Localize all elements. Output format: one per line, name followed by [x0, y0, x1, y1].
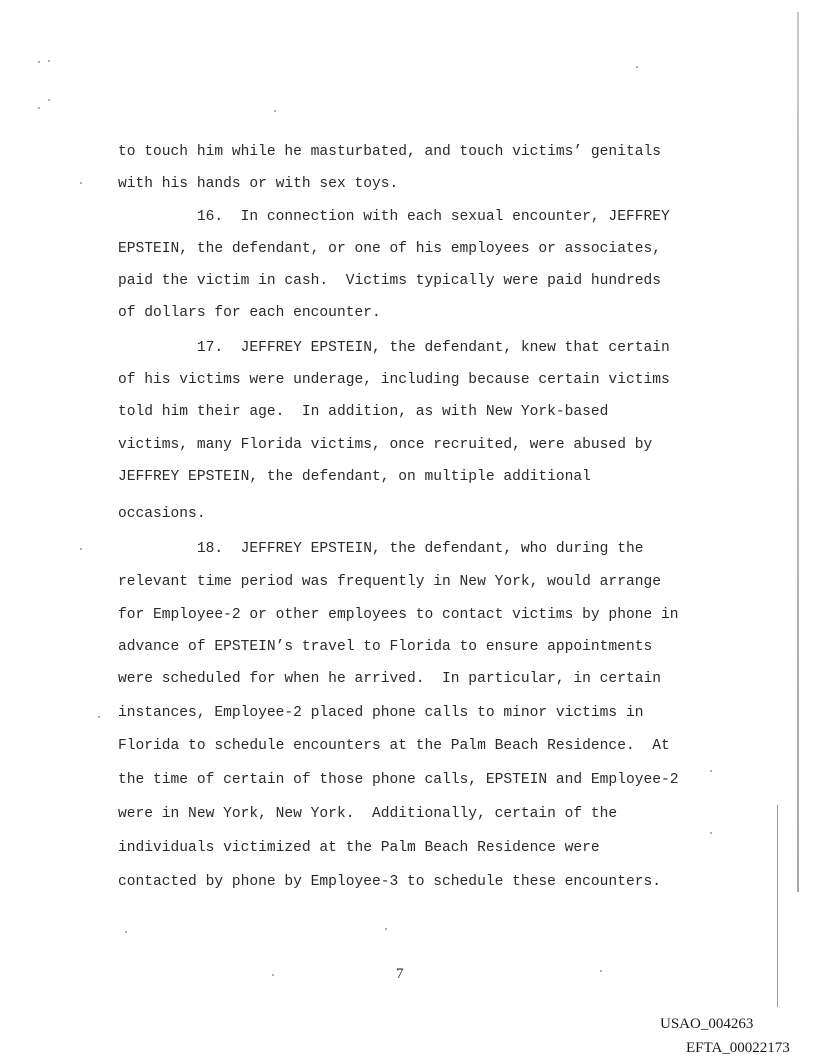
scan-speck [80, 182, 82, 184]
paragraph-18-start: 18. JEFFREY EPSTEIN, the defendant, who … [118, 542, 643, 557]
scan-speck [710, 832, 712, 834]
text-line: instances, Employee-2 placed phone calls… [118, 706, 643, 721]
text-line: JEFFREY EPSTEIN, the defendant, on multi… [118, 470, 591, 485]
page-number: 7 [396, 966, 404, 983]
scan-speck [80, 548, 82, 550]
scan-speck [385, 928, 387, 930]
text-line: contacted by phone by Employee-3 to sche… [118, 875, 661, 890]
scan-speck [272, 974, 274, 976]
text-line: relevant time period was frequently in N… [118, 575, 661, 590]
text-line: victims, many Florida victims, once recr… [118, 438, 652, 453]
scan-speck [125, 931, 127, 933]
scan-edge-line [797, 12, 799, 892]
text-line: for Employee-2 or other employees to con… [118, 608, 679, 623]
paragraph-17-start: 17. JEFFREY EPSTEIN, the defendant, knew… [118, 341, 670, 356]
text-line: were in New York, New York. Additionally… [118, 807, 617, 822]
scan-speck [38, 107, 40, 109]
text-line: EPSTEIN, the defendant, or one of his em… [118, 242, 661, 257]
scan-edge-line-short [777, 805, 778, 1007]
text-line: with his hands or with sex toys. [118, 177, 398, 192]
document-page: to touch him while he masturbated, and t… [0, 0, 817, 1056]
text-line: were scheduled for when he arrived. In p… [118, 672, 661, 687]
bates-stamp-efta: EFTA_00022173 [686, 1040, 790, 1056]
scan-speck [38, 61, 40, 63]
text-line: to touch him while he masturbated, and t… [118, 145, 661, 160]
text-line: advance of EPSTEIN’s travel to Florida t… [118, 640, 652, 655]
scan-speck [274, 110, 276, 112]
scan-speck [48, 99, 50, 101]
scan-speck [98, 716, 100, 718]
text-line: individuals victimized at the Palm Beach… [118, 841, 600, 856]
text-line: paid the victim in cash. Victims typical… [118, 274, 661, 289]
text-line: the time of certain of those phone calls… [118, 773, 679, 788]
bates-stamp-usao: USAO_004263 [660, 1016, 753, 1033]
text-line: occasions. [118, 507, 206, 522]
scan-speck [636, 66, 638, 68]
scan-speck [710, 770, 712, 772]
text-line: of dollars for each encounter. [118, 306, 381, 321]
text-line: of his victims were underage, including … [118, 373, 670, 388]
scan-speck [48, 60, 50, 62]
text-line: Florida to schedule encounters at the Pa… [118, 739, 670, 754]
paragraph-16-start: 16. In connection with each sexual encou… [118, 210, 670, 225]
scan-speck [600, 970, 602, 972]
text-line: told him their age. In addition, as with… [118, 405, 608, 420]
